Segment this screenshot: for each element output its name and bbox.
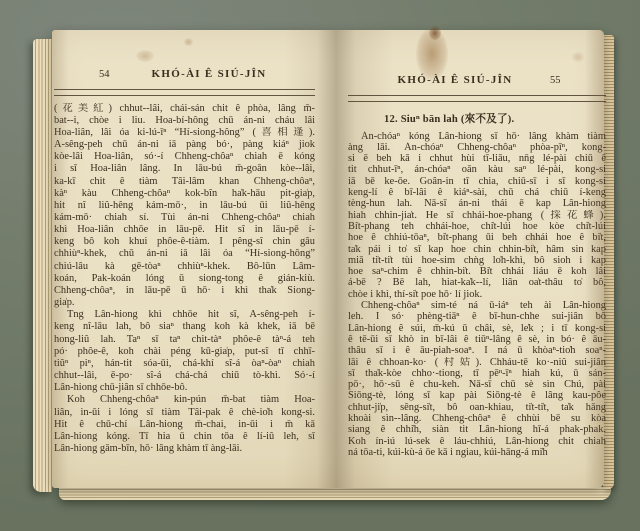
text-line: Án-chóaⁿ kóng Lân-hiong sī hō· lâng khàm… (348, 131, 606, 142)
text-line: kám-mō· chiah sí. Tùi án-ni Chheng-chôaⁿ… (54, 212, 315, 224)
text-line: chhut--lâi, ē-po· sî-á chá-chá chiū tò-k… (54, 370, 315, 382)
text-line: Koh Chheng-chôaⁿ kin-pún m̄-bat tiàm Hoa… (54, 394, 315, 406)
text-line: chiú-lâu kà gē-tòaⁿ chhiùⁿ-khek. Bô-lūn … (54, 261, 315, 273)
left-running-header: KHÓ-ÀI Ê SIÚ-JÎN (152, 68, 267, 80)
text-line: iā bē ke-ōe. Goân-in tī chia, chiū-sī i … (348, 176, 606, 187)
text-line: siang ê chhi̍h, siàn tit Lân-hiong hī-á … (348, 424, 606, 435)
text-line: (花美紅) chhut--lâi, chái-sán chit ê phòa, … (54, 103, 315, 115)
text-line: chhut-ji̍p, sêng-si̍t, bô oan-khiau, ti̍… (348, 402, 606, 413)
text-line: Chheng-chôaⁿ, in lāu-pē ū hō· i khì tha̍… (54, 285, 315, 297)
text-line: Lân-hiong kóng. Tī hia ū chin tōa ê lí-i… (54, 431, 315, 443)
text-line: Siōng-tè, lóng sī kap pài Siōng-tè ê lân… (348, 390, 606, 401)
text-line: àng lāi. Án-chóaⁿ Chheng-chôaⁿ phòa-pīⁿ,… (348, 142, 606, 153)
right-page: KHÓ-ÀI Ê SIÚ-JÎN 55 12. Siuⁿ bān lah (來不… (348, 30, 606, 488)
text-line: leh. I só· phèng-tiāⁿ ê bī-hun-chhe sui-… (348, 311, 606, 322)
text-line: á-bē ? Bē lah, hiat-ka̍k--lí, liân oa̍t-… (348, 277, 606, 288)
text-line: Hoa-liân, lâi óa ki-lú-īⁿ “Hí-siong-hông… (54, 127, 315, 139)
paragraph: Án-chóaⁿ kóng Lân-hiong sī hō· lâng khàm… (348, 131, 606, 300)
text-line: hoe ê chhiú-tōaⁿ, bi̍t-phang ūi beh chhá… (348, 232, 606, 243)
text-line: ê tē-ūi sī khò in bī-lâi ê tiūⁿ-lâng ê s… (348, 334, 606, 345)
text-line: hit nî liû-hêng kám-mō·, in lāu-bú ūi li… (54, 200, 315, 212)
page-edge-stack-bottom (59, 487, 611, 500)
text-line: ná tōa-ti, kúi-kù-á ōe kā i ngiau, kúi-h… (348, 447, 606, 458)
text-line: sī tha̍k-kòe chho·-tiong, tī pēⁿ-īⁿ hiah… (348, 368, 606, 379)
text-line: kòe-lâi Hoa-liân, só·-í Chheng-chôaⁿ chi… (54, 151, 315, 163)
text-line: ta̍k pái i to̍ sī kap hoe chin chhin-bi̍… (348, 244, 606, 255)
text-line: tit chhut-īⁿ, án-chóaⁿ oān kàu saⁿ lé-pà… (348, 164, 606, 175)
text-line: liân, in-ūi i lóng sī tiàm Tâi-pak ê chè… (54, 407, 315, 419)
photo-background: 54 KHÓ-ÀI Ê SIÚ-JÎN (花美紅) chhut--lâi, ch… (0, 0, 640, 531)
text-line: si ē beh kā i chhut hùi tī-liāu, nn̄g lé… (348, 153, 606, 164)
text-line: chòe i khì, thí-si̍t poe hō· lí jiok. (348, 289, 606, 300)
text-line: i sī Hoa-liân lâng. In lāu-bú m̄-goān kò… (54, 163, 315, 175)
text-line: khì Hoa-liân chhōe in lāu-pē. Hit sî in … (54, 224, 315, 236)
text-line: Lân-hiong gām-bīn, hō· lâng khàm tī àng-… (54, 443, 315, 455)
text-line: Lân-hiong ê súi, m̄-kú ū châi, sè, le̍k … (348, 323, 606, 334)
text-line: Hit ê chū-chí Lân-hiong m̄-chai, in-ūi i… (54, 419, 315, 431)
right-page-header: KHÓ-ÀI Ê SIÚ-JÎN 55 (348, 74, 606, 89)
text-line: khoài sìn--lâng. Chheng-chôaⁿ ê chhùi bē… (348, 413, 606, 424)
text-line: A-sêng-peh chū án-ni iā pàng bó·, pàng k… (54, 139, 315, 151)
text-line: hong-liû lah. Taⁿ sī taⁿ chit-tàⁿ phôe-ê… (54, 334, 315, 346)
book-pages: 54 KHÓ-ÀI Ê SIÚ-JÎN (花美紅) chhut--lâi, ch… (52, 30, 604, 488)
text-line: tiûⁿ piⁿ, hán-tit sóa-ūi, chá-khí sî-á ò… (54, 358, 315, 370)
text-line: hiah chhin-jia̍t. He sī chhái-hoe-phang … (348, 210, 606, 221)
text-line: Bi̍t-phang teh chhái-hoe, chi̍t-lúi hoe … (348, 221, 606, 232)
left-header-rule (54, 89, 315, 96)
text-line: thâu sī i ê āu-piah-soaⁿ. I ná ū khòaⁿ-t… (348, 345, 606, 356)
paragraph: Koh Chheng-chôaⁿ kin-pún m̄-bat tiàm Hoa… (54, 394, 315, 455)
left-page-header: 54 KHÓ-ÀI Ê SIÚ-JÎN (54, 68, 315, 83)
text-line: tèng-hun lah. Nā-sī án-ni thái ē kap Lân… (348, 198, 606, 209)
text-line: Chheng-chôaⁿ sim-té ná ū-iáⁿ teh ài Lân-… (348, 300, 606, 311)
left-page-body: (花美紅) chhut--lâi, chái-sán chit ê phòa, … (54, 103, 315, 456)
text-line: hoe saⁿ-chim ê chhin-bi̍t. Bi̍t chhái li… (348, 266, 606, 277)
text-line: Koh ín-iú lú-sek ê láu-chhiú, Lân-hiong … (348, 436, 606, 447)
right-page-number: 55 (550, 75, 561, 86)
paragraph: (花美紅) chhut--lâi, chái-sán chit ê phòa, … (54, 103, 315, 310)
right-header-rule (348, 95, 606, 102)
paragraph: Chheng-chôaⁿ sim-té ná ū-iáⁿ teh ài Lân-… (348, 300, 606, 458)
text-line: Tng Lân-hiong khì chhōe hit sî, A-sêng-p… (54, 309, 315, 321)
text-line: Lân-hiong chū-jiân sī chhōe-bô. (54, 382, 315, 394)
text-line: bat--i, chòe i liu. Hoa-bí-hông chū án-n… (54, 115, 315, 127)
text-line: kàⁿ kàu Chheng-chôaⁿ kok-bîn ha̍k-hāu pi… (54, 188, 315, 200)
text-line: ka-kī chit ê tiàm Tâi-lâm khan Chheng-ch… (54, 176, 315, 188)
text-line: koán, Pak-koán lóng ū siong-tong ê gián-… (54, 273, 315, 285)
text-line: gia̍p. (54, 297, 315, 309)
text-line: keng nî-lāu lah, bô siaⁿ thang koh kà kh… (54, 321, 315, 333)
page-edge-stack-left (33, 39, 52, 492)
text-line: keng bô koh khui phôe-ê-tiàm. I pêng-sî … (54, 236, 315, 248)
text-line: pō·, hō·-sū ê chu-keh. Nā-sī chū sè sìn … (348, 379, 606, 390)
right-running-header: KHÓ-ÀI Ê SIÚ-JÎN (398, 74, 513, 86)
left-page: 54 KHÓ-ÀI Ê SIÚ-JÎN (花美紅) chhut--lâi, ch… (54, 30, 315, 488)
text-line: pó· phôe-ê, koh chài péng kū-gia̍p, put-… (54, 346, 315, 358)
section-heading: 12. Siuⁿ bān lah (來不及了). (384, 111, 606, 126)
left-page-number: 54 (99, 69, 110, 80)
text-line: chhiùⁿ-khek, chū án-ni iā lâi óa “Hí-sio… (54, 248, 315, 260)
paragraph: Tng Lân-hiong khì chhōe hit sî, A-sêng-p… (54, 309, 315, 394)
text-line: lāi ê chhoan-ko· (村姑). Chháu-tē ko·-niû … (348, 357, 606, 368)
text-line: keng-lí ê bī-lâi ê kiáⁿ-sài, chū chá chi… (348, 187, 606, 198)
right-page-body: Án-chóaⁿ kóng Lân-hiong sī hō· lâng khàm… (348, 131, 606, 459)
open-book: 54 KHÓ-ÀI Ê SIÚ-JÎN (花美紅) chhut--lâi, ch… (33, 30, 614, 500)
text-line: miā ti̍t-ti̍t tùi hoe-sim chǹg lo̍h-khì,… (348, 255, 606, 266)
